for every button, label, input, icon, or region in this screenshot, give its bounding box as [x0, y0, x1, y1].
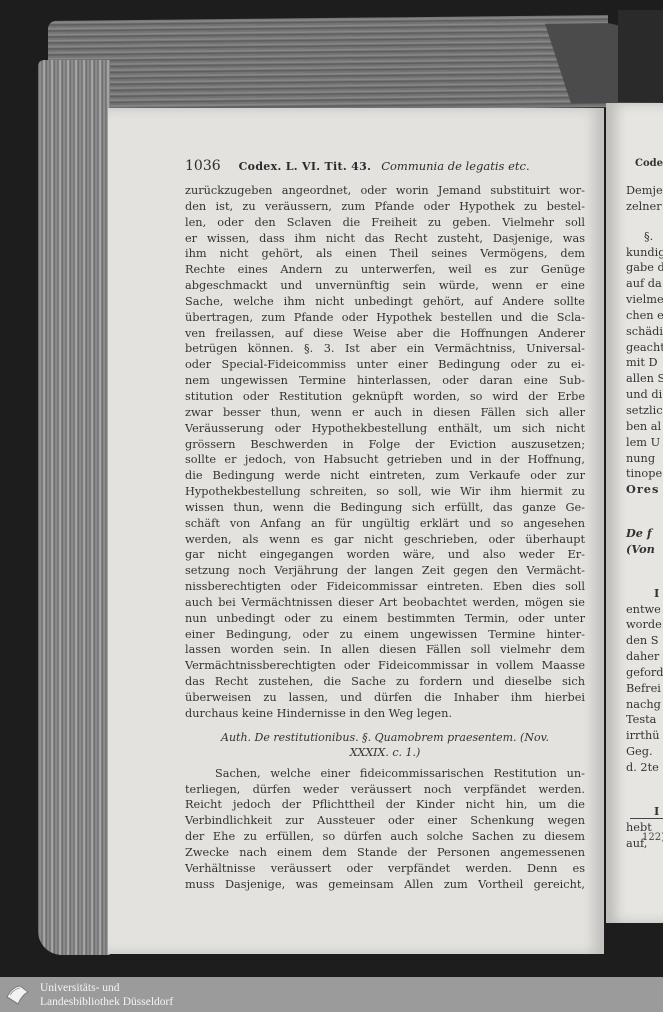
text-line: auf da [626, 276, 663, 292]
spacer [626, 572, 663, 586]
text-line: mit D [626, 355, 663, 371]
text-line: tinope [626, 466, 663, 482]
library-name-line1: Universitäts- und [40, 981, 173, 995]
text-line: Vermächtnissberechtigten oder Fideicommi… [185, 658, 585, 674]
authentica-heading: Auth. De restitutionibus. §. Quamobrem p… [185, 730, 585, 760]
text-line: er wissen, dass ihm nicht das Recht zust… [185, 231, 585, 247]
text-line: ben al [626, 419, 663, 435]
text-line: durchaus keine Hindernisse in den Weg le… [185, 706, 585, 722]
text-line: Befrei [626, 681, 663, 697]
text-line: Sachen, welche einer fideicommissarische… [185, 766, 585, 782]
text-line: ihm nicht gehört, als einen Theil seines… [185, 246, 585, 262]
text-line: entwe [626, 602, 663, 618]
text-line: geacht [626, 340, 663, 356]
text-line: Geg. [626, 744, 663, 760]
text-line: gabe d [626, 260, 663, 276]
text-line: irrthü [626, 728, 663, 744]
text-line: grössern Beschwerden in Folge der Evicti… [185, 437, 585, 453]
text-line: werden, als wenn es gar nicht geschriebe… [185, 532, 585, 548]
text-line: Zwecke nach einem dem Stande der Persone… [185, 845, 585, 861]
heading-line: XXXIX. c. 1.) [185, 745, 585, 760]
text-line: len, oder den Sclaven die Freiheit zu ge… [185, 215, 585, 231]
text-line: abgeschmackt und unvernünftig sein würde… [185, 278, 585, 294]
text-line: ven freilassen, auf diese Weise aber die… [185, 326, 585, 342]
text-line: einer Bedingung, oder zu einem ungewisse… [185, 627, 585, 643]
text-line: Verhältnisse veräussert oder verpfändet … [185, 861, 585, 877]
left-book-page: 1036 Codex. L. VI. Tit. 43. Communia de … [108, 108, 604, 954]
library-name: Universitäts- und Landesbibliothek Düsse… [40, 981, 173, 1009]
text-line: setzlich [626, 403, 663, 419]
spacer [626, 512, 663, 526]
text-line: worde [626, 617, 663, 633]
page-number: 1036 [185, 158, 221, 174]
text-line: Veräusserung oder Hypothekbestellung ent… [185, 421, 585, 437]
text-line: vielme [626, 292, 663, 308]
text-line: und di [626, 387, 663, 403]
text-line: das Recht zustehen, die Sache zu fordern… [185, 674, 585, 690]
text-line: stitution oder Restitution geknüpft word… [185, 389, 585, 405]
text-line: d. 2te [626, 760, 663, 776]
text-line: die Bedingung werde nicht eintreten, zum… [185, 468, 585, 484]
text-line: I [626, 586, 663, 602]
text-line: daher [626, 649, 663, 665]
text-line: nem ungewissen Termine hinterlassen, ode… [185, 373, 585, 389]
text-line: terliegen, dürfen weder veräussert noch … [185, 782, 585, 798]
text-line: nung [626, 451, 663, 467]
spacer [626, 790, 663, 804]
text-line: schädig [626, 324, 663, 340]
text-line: muss Dasjenige, was gemeinsam Allen zum … [185, 877, 585, 893]
text-line: den ist, zu veräussern, zum Pfande oder … [185, 199, 585, 215]
binding-shadow [618, 10, 663, 102]
text-line: Hypothekbestellung schreiten, so soll, w… [185, 484, 585, 500]
section-reference: Codex. L. VI. Tit. 43. [239, 160, 372, 173]
text-line: den S [626, 633, 663, 649]
text-line: allen S [626, 371, 663, 387]
text-line: §. [626, 229, 663, 245]
text-line: zwar besser thun, wenn er auch in diesen… [185, 405, 585, 421]
text-line: Ores [626, 482, 663, 498]
running-title: Communia de legatis etc. [381, 159, 529, 173]
footnote-rule [630, 818, 663, 819]
spacer [626, 776, 663, 790]
text-line: nissberechtigten oder Fideicommissar ein… [185, 579, 585, 595]
text-line: nun unbedingt oder zu einem bestimmten T… [185, 611, 585, 627]
scan-viewer: 1036 Codex. L. VI. Tit. 43. Communia de … [0, 0, 663, 977]
text-line: kundig [626, 245, 663, 261]
heading-line: (Von [626, 542, 663, 558]
text-line: gar nicht eingegangen worden wäre, und a… [185, 547, 585, 563]
text-line: Rechte eines Andern zu unterwerfen, weil… [185, 262, 585, 278]
text-line: der Ehe zu erfüllen, so dürfen auch solc… [185, 829, 585, 845]
text-line: sollte er jedoch, von Habsucht getrieben… [185, 452, 585, 468]
text-line: wissen thun, wenn die Bedingung sich erf… [185, 500, 585, 516]
text-line: oder Special-Fideicommiss unter einer Be… [185, 357, 585, 373]
body-text: zurückzugeben angeordnet, oder worin Jem… [185, 183, 585, 892]
library-name-line2: Landesbibliothek Düsseldorf [40, 995, 173, 1009]
right-running-head: Code [635, 158, 663, 169]
spacer [626, 498, 663, 512]
right-page-text: Demje zelner §. kundig gabe d auf da vie… [626, 183, 663, 851]
text-line: Reicht jedoch der Pflichttheil der Kinde… [185, 797, 585, 813]
text-line: Sache, welche ihm nicht unbedingt gehört… [185, 294, 585, 310]
paragraph-1: zurückzugeben angeordnet, oder worin Jem… [185, 183, 585, 722]
text-line: betrügen können. §. 3. Ist aber ein Verm… [185, 341, 585, 357]
text-line: nachg [626, 697, 663, 713]
page-edges-left [38, 60, 110, 955]
text-line: lem U [626, 435, 663, 451]
text-line: zelner [626, 199, 663, 215]
text-line: lassen worden sein. In allen diesen Fäll… [185, 642, 585, 658]
text-line: schäft von Anfang an für ungültig erklär… [185, 516, 585, 532]
text-line: setzung noch Verjährung der langen Zeit … [185, 563, 585, 579]
spacer [626, 215, 663, 229]
library-footer: Universitäts- und Landesbibliothek Düsse… [0, 977, 663, 1012]
spacer [626, 558, 663, 572]
text-line: übertragen, zum Pfande oder Hypothek bes… [185, 310, 585, 326]
running-head: 1036 Codex. L. VI. Tit. 43. Communia de … [185, 158, 585, 174]
text-line: Demje [626, 183, 663, 199]
text-line: Verbindlichkeit zur Aussteuer oder einer… [185, 813, 585, 829]
footnote-number: 122) [642, 832, 663, 843]
text-line: Testa [626, 712, 663, 728]
text-line: geford [626, 665, 663, 681]
heading-line: Auth. De restitutionibus. §. Quamobrem p… [185, 730, 585, 745]
page-edges-top [48, 15, 608, 113]
heading-line: De f [626, 526, 663, 542]
paragraph-2: Sachen, welche einer fideicommissarische… [185, 766, 585, 893]
book-logo-icon [4, 983, 32, 1007]
text-line: zurückzugeben angeordnet, oder worin Jem… [185, 183, 585, 199]
text-line: chen e [626, 308, 663, 324]
text-line: auch bei Vermächtnissen dieser Art beoba… [185, 595, 585, 611]
text-line: überweisen zu lassen, und dürfen die Inh… [185, 690, 585, 706]
